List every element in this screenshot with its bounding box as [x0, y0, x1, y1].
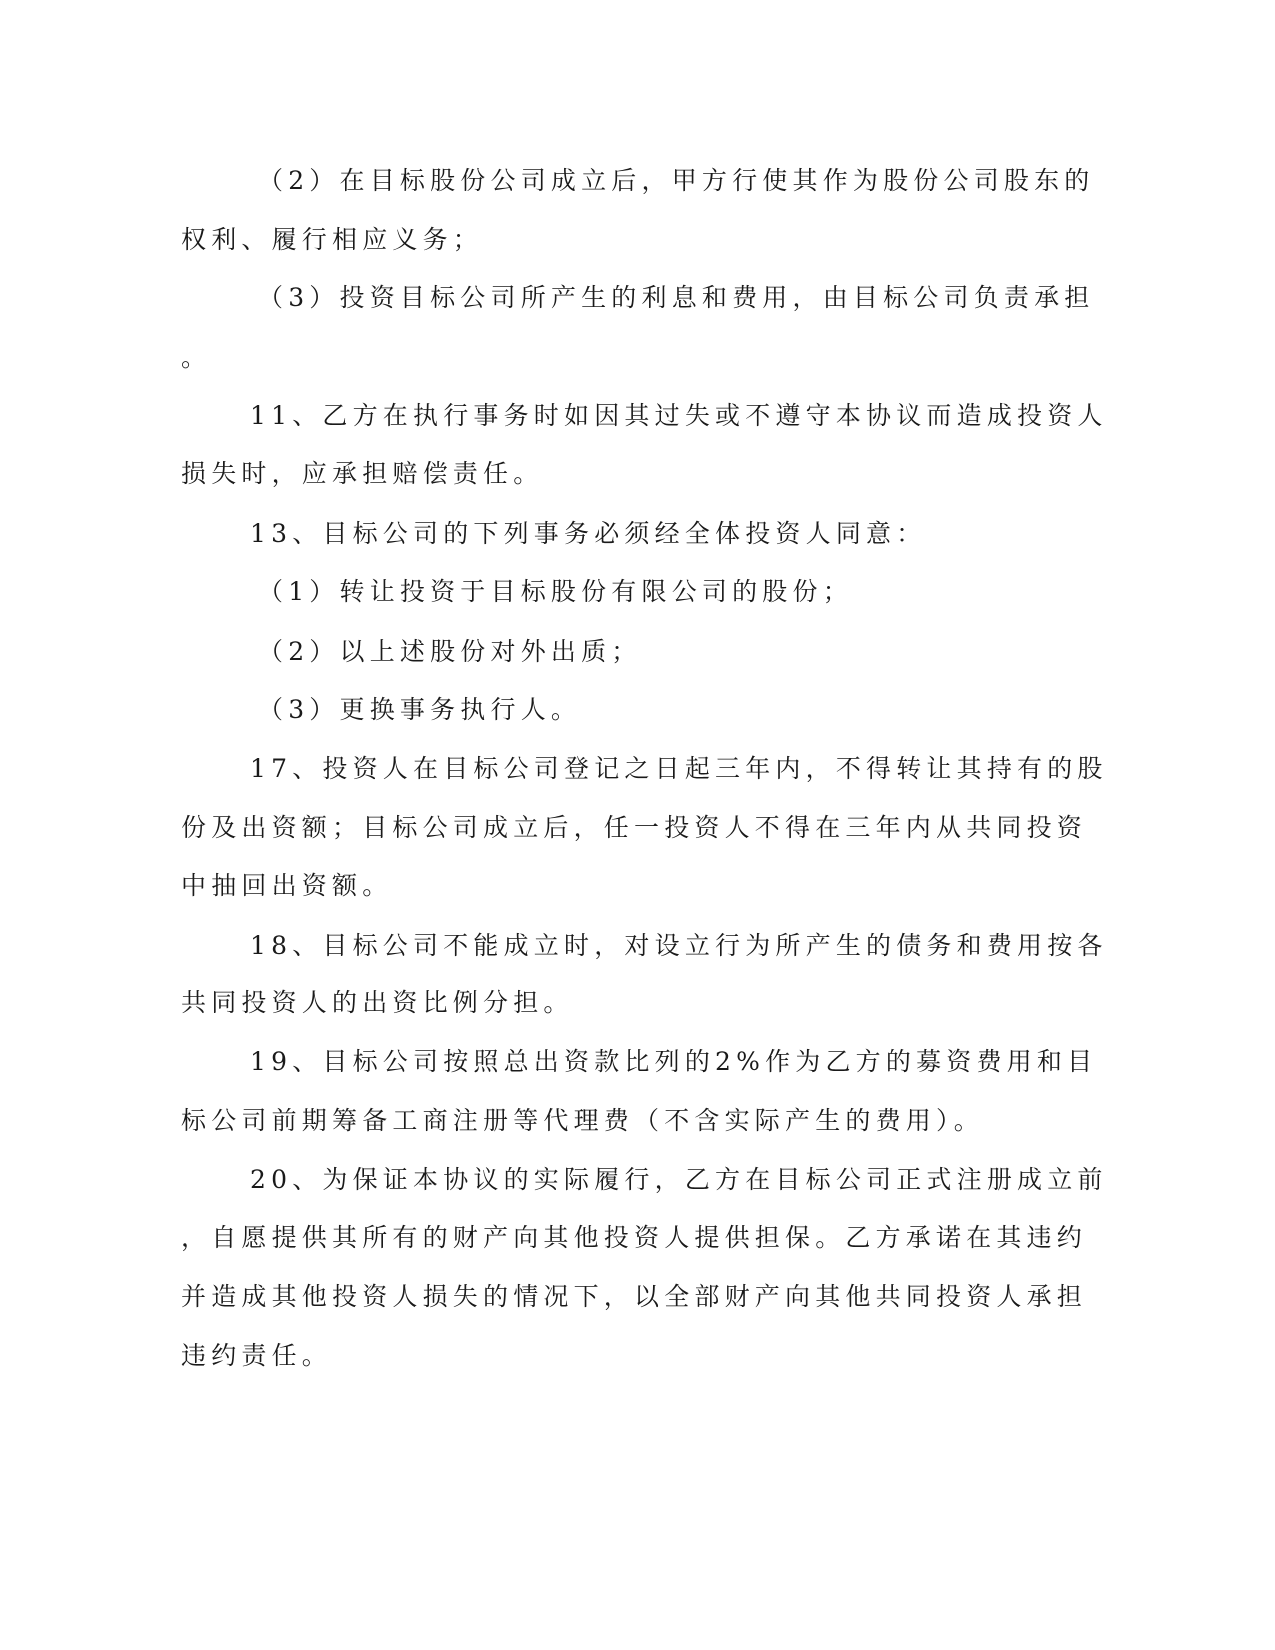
paragraph-clause-10-3-line-1: （3）投资目标公司所产生的利息和费用，由目标公司负责承担 [258, 278, 1118, 318]
paragraph-clause-17-line-3: 中抽回出资额。 [181, 866, 1041, 906]
paragraph-clause-17-line-2: 份及出资额；目标公司成立后，任一投资人不得在三年内从共同投资 [181, 808, 1041, 848]
paragraph-clause-19-line-2: 标公司前期筹备工商注册等代理费（不含实际产生的费用）。 [181, 1101, 1041, 1141]
paragraph-clause-18-line-1: 18、目标公司不能成立时，对设立行为所产生的债务和费用按各 [250, 926, 1110, 966]
paragraph-clause-13-line-1: 13、目标公司的下列事务必须经全体投资人同意： [250, 514, 1110, 554]
paragraph-clause-20-line-4: 违约责任。 [181, 1336, 1041, 1376]
paragraph-clause-13-2-line-1: （2）以上述股份对外出质； [258, 632, 1118, 672]
paragraph-clause-19-line-1: 19、目标公司按照总出资款比列的2%作为乙方的募资费用和目 [250, 1042, 1110, 1082]
document-page: （2）在目标股份公司成立后，甲方行使其作为股份公司股东的 权利、履行相应义务； … [0, 0, 1275, 1650]
paragraph-clause-10-3-line-2: 。 [181, 338, 1041, 378]
paragraph-clause-10-2-line-1: （2）在目标股份公司成立后，甲方行使其作为股份公司股东的 [258, 161, 1118, 201]
paragraph-clause-10-2-line-2: 权利、履行相应义务； [181, 220, 1041, 260]
paragraph-clause-20-line-2: ，自愿提供其所有的财产向其他投资人提供担保。乙方承诺在其违约 [181, 1218, 1041, 1258]
paragraph-clause-13-3-line-1: （3）更换事务执行人。 [258, 690, 1118, 730]
paragraph-clause-11-line-2: 损失时，应承担赔偿责任。 [181, 454, 1041, 494]
paragraph-clause-20-line-3: 并造成其他投资人损失的情况下，以全部财产向其他共同投资人承担 [181, 1277, 1041, 1317]
paragraph-clause-20-line-1: 20、为保证本协议的实际履行，乙方在目标公司正式注册成立前 [250, 1160, 1110, 1200]
paragraph-clause-18-line-2: 共同投资人的出资比例分担。 [181, 983, 1041, 1023]
paragraph-clause-17-line-1: 17、投资人在目标公司登记之日起三年内，不得转让其持有的股 [250, 749, 1110, 789]
paragraph-clause-11-line-1: 11、乙方在执行事务时如因其过失或不遵守本协议而造成投资人 [250, 396, 1110, 436]
paragraph-clause-13-1-line-1: （1）转让投资于目标股份有限公司的股份； [258, 572, 1118, 612]
